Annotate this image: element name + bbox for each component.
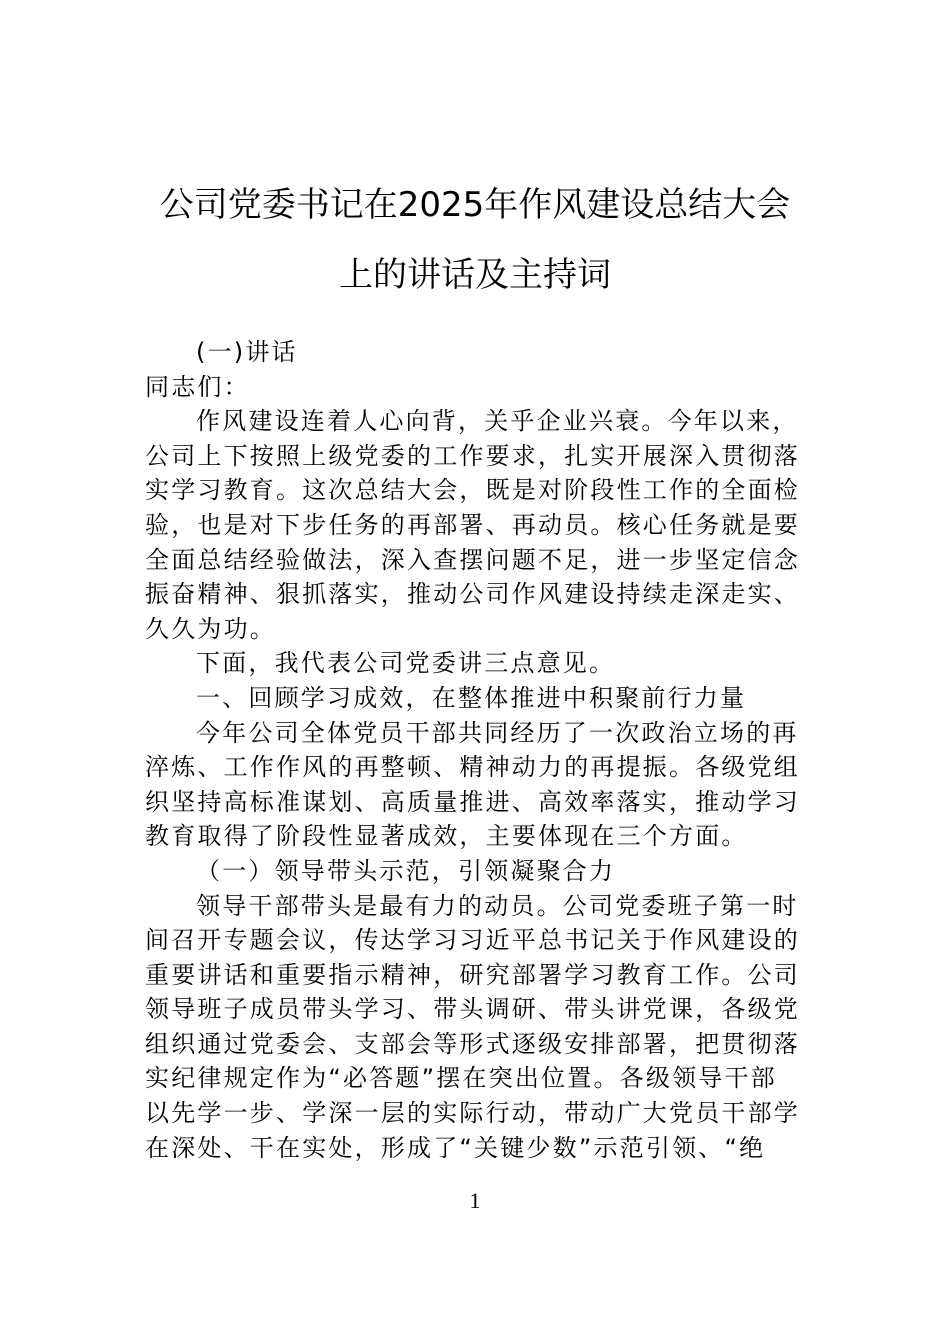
text-line: （一）领导带头示范，引领凝聚合力 [145,854,807,889]
text-line: 以先学一步、学深一层的实际行动，带动广大党员干部学 [145,1096,807,1131]
text-line: 验，也是对下步任务的再部署、再动员。核心任务就是要 [145,508,807,543]
text-line: (一)讲话 [145,335,807,370]
text-line: 组织通过党委会、支部会等形式逐级安排部署，把贯彻落 [145,1027,807,1062]
text-line: 领导班子成员带头学习、带头调研、带头讲党课，各级党 [145,992,807,1027]
text-line: 重要讲话和重要指示精神，研究部署学习教育工作。公司 [145,958,807,993]
text-line: 同志们： [145,370,807,405]
document-body: (一)讲话同志们：作风建设连着人心向背，关乎企业兴衰。今年以来，公司上下按照上级… [145,335,807,1165]
document-title: 公司党委书记在2025年作风建设总结大会 上的讲话及主持词 [140,170,810,310]
document-page: 公司党委书记在2025年作风建设总结大会 上的讲话及主持词 (一)讲话同志们：作… [0,0,950,1344]
text-line: 织坚持高标准谋划、高质量推进、高效率落实，推动学习 [145,785,807,820]
text-line: 间召开专题会议，传达学习习近平总书记关于作风建设的 [145,923,807,958]
page-number: 1 [0,1188,950,1214]
text-line: 作风建设连着人心向背，关乎企业兴衰。今年以来， [145,404,807,439]
text-line: 一、回顾学习成效，在整体推进中积聚前行力量 [145,681,807,716]
text-line: 教育取得了阶段性显著成效，主要体现在三个方面。 [145,819,807,854]
title-line-1: 公司党委书记在2025年作风建设总结大会 [140,170,810,240]
text-line: 领导干部带头是最有力的动员。公司党委班子第一时 [145,889,807,924]
title-line-2: 上的讲话及主持词 [140,240,810,310]
text-line: 在深处、干在实处，形成了“关键少数”示范引领、“绝 [145,1131,807,1166]
text-line: 实纪律规定作为“必答题”摆在突出位置。各级领导干部 [145,1061,807,1096]
text-line: 久久为功。 [145,612,807,647]
text-line: 公司上下按照上级党委的工作要求，扎实开展深入贯彻落 [145,439,807,474]
text-line: 淬炼、工作作风的再整顿、精神动力的再提振。各级党组 [145,750,807,785]
text-line: 实学习教育。这次总结大会，既是对阶段性工作的全面检 [145,473,807,508]
text-line: 全面总结经验做法，深入查摆问题不足，进一步坚定信念 [145,543,807,578]
text-line: 振奋精神、狠抓落实，推动公司作风建设持续走深走实、 [145,577,807,612]
text-line: 下面，我代表公司党委讲三点意见。 [145,646,807,681]
text-line: 今年公司全体党员干部共同经历了一次政治立场的再 [145,716,807,751]
